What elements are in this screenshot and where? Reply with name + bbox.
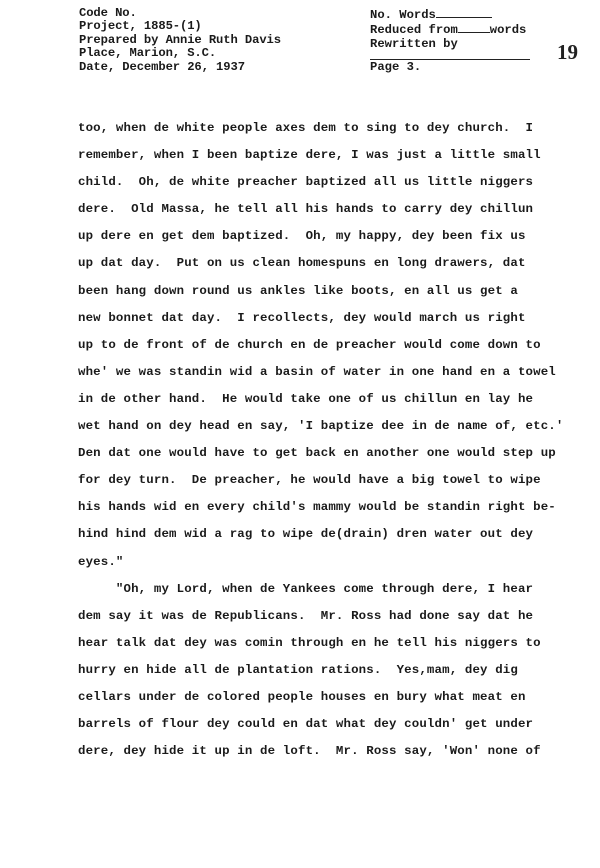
text-line: dere, dey hide it up in de loft. Mr. Ros… (78, 738, 578, 765)
text-line: child. Oh, de white preacher baptized al… (78, 169, 578, 196)
text-line: been hang down round us ankles like boot… (78, 278, 578, 305)
no-words-row: No. Words (370, 7, 530, 22)
text-line: barrels of flour dey could en dat what d… (78, 711, 578, 738)
text-line: wet hand on dey head en say, 'I baptize … (78, 413, 578, 440)
text-line: up dere en get dem baptized. Oh, my happ… (78, 223, 578, 250)
rewritten-by-rule (370, 51, 530, 60)
stamped-page-number: 19 (557, 40, 578, 65)
text-line: cellars under de colored people houses e… (78, 684, 578, 711)
text-line: Den dat one would have to get back en an… (78, 440, 578, 467)
reduced-from-label: Reduced from (370, 23, 458, 37)
page-label: Page 3. (370, 61, 530, 74)
reduced-from-row: Reduced fromwords (370, 22, 530, 37)
text-line: hear talk dat dey was comin through en h… (78, 630, 578, 657)
prepared-by: Prepared by Annie Ruth Davis (79, 34, 281, 47)
text-line: up dat day. Put on us clean homespuns en… (78, 250, 578, 277)
text-line: his hands wid en every child's mammy wou… (78, 494, 578, 521)
text-line: "Oh, my Lord, when de Yankees come throu… (78, 576, 578, 603)
reduced-from-blank (458, 22, 490, 33)
text-line: new bonnet dat day. I recollects, dey wo… (78, 305, 578, 332)
text-line: hurry en hide all de plantation rations.… (78, 657, 578, 684)
text-line: for dey turn. De preacher, he would have… (78, 467, 578, 494)
place: Place, Marion, S.C. (79, 47, 281, 60)
text-line: remember, when I been baptize dere, I wa… (78, 142, 578, 169)
text-line: hind hind dem wid a rag to wipe de(drain… (78, 521, 578, 548)
transcript-body: too, when de white people axes dem to si… (78, 115, 578, 765)
text-line: up to de front of de church en de preach… (78, 332, 578, 359)
code-no: Code No. (79, 7, 281, 20)
rewritten-by: Rewritten by (370, 38, 530, 51)
document-header-left: Code No. Project, 1885-(1) Prepared by A… (79, 7, 281, 74)
text-line: dem say it was de Republicans. Mr. Ross … (78, 603, 578, 630)
text-line: dere. Old Massa, he tell all his hands t… (78, 196, 578, 223)
document-header-right: No. Words Reduced fromwords Rewritten by… (370, 7, 530, 75)
no-words-blank (436, 7, 492, 18)
text-line: too, when de white people axes dem to si… (78, 115, 578, 142)
no-words-label: No. Words (370, 8, 436, 22)
project: Project, 1885-(1) (79, 20, 281, 33)
text-line: eyes." (78, 549, 578, 576)
reduced-words-label: words (490, 23, 527, 37)
text-line: whe' we was standin wid a basin of water… (78, 359, 578, 386)
date: Date, December 26, 1937 (79, 61, 281, 74)
text-line: in de other hand. He would take one of u… (78, 386, 578, 413)
